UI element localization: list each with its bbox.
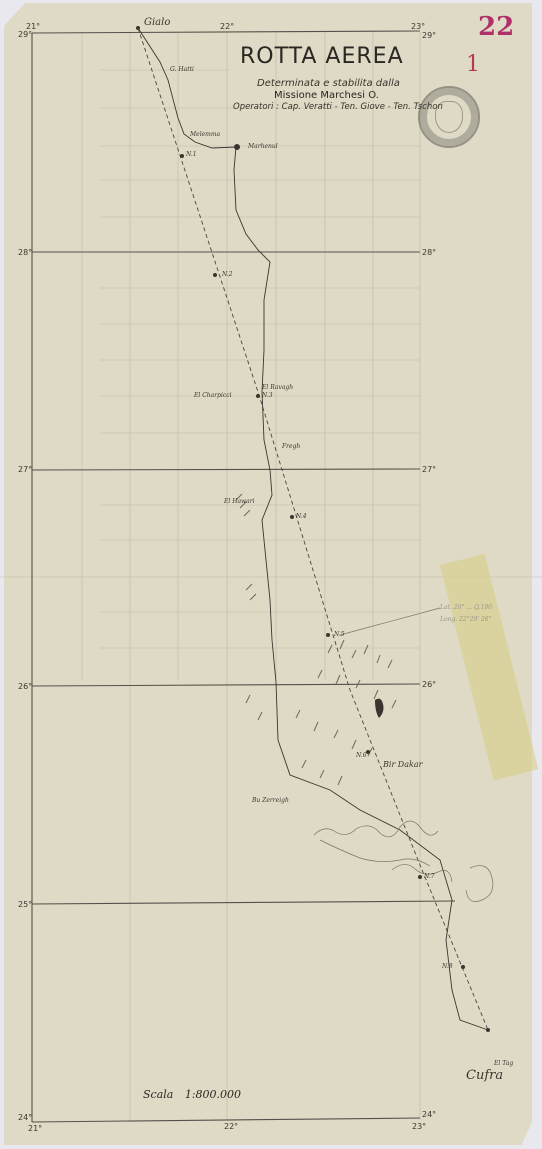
lat-right-28: 28° <box>422 248 436 257</box>
map-title: ROTTA AEREA <box>240 44 404 69</box>
subtitle-line-2: Missione Marchesi O. <box>274 90 379 101</box>
waypoint-n1: N.1 <box>186 151 197 158</box>
graticule-major <box>32 31 455 1122</box>
lon-bottom-22: 22° <box>224 1122 238 1131</box>
lat-left-28: 28° <box>18 248 32 257</box>
scale-label: Scala <box>143 1088 173 1101</box>
lat-left-29: 29° <box>18 30 32 39</box>
waypoint-markers <box>136 26 490 1032</box>
place-hawari: El Hawari <box>224 498 255 505</box>
scale-value: 1:800.000 <box>185 1088 241 1101</box>
official-seal-stamp <box>418 86 480 148</box>
waypoint-n4: N.4 <box>296 513 307 520</box>
ground-track <box>138 28 488 1030</box>
place-bir-dakar: Bir Dakar <box>383 760 422 769</box>
waypoint-n8: N.8 <box>442 963 453 970</box>
lat-right-24: 24° <box>422 1110 436 1119</box>
waypoint-n2: N.2 <box>222 271 233 278</box>
flight-route-dashed <box>138 28 488 1030</box>
lat-right-26: 26° <box>422 680 436 689</box>
place-bu-zerreigh: Bu Zerreigh <box>252 797 289 804</box>
lat-right-27: 27° <box>422 465 436 474</box>
lat-left-24: 24° <box>18 1113 32 1122</box>
place-cufra: Cufra <box>466 1068 503 1083</box>
pencil-note-long: Long. 22°29' 26" <box>440 616 491 623</box>
sheet-number: 22 <box>478 12 514 42</box>
lat-right-29: 29° <box>422 31 436 40</box>
lat-left-26: 26° <box>18 682 32 691</box>
lon-top-22: 22° <box>220 22 234 31</box>
lon-bottom-23: 23° <box>412 1122 426 1131</box>
place-el-charpicci: El Charpicci <box>194 392 232 399</box>
waypoint-n3: N.3 <box>262 392 273 399</box>
place-melemma: Melemma <box>190 131 220 138</box>
waypoint-n6: N.6 <box>356 752 367 759</box>
place-gialo: Gialo <box>144 17 170 28</box>
lat-left-25: 25° <box>18 900 32 909</box>
place-marhenul: Marhenul <box>248 143 278 150</box>
lon-top-23: 23° <box>411 22 425 31</box>
map-scale: Scala 1:800.000 <box>143 1088 241 1101</box>
subtitle-line-1: Determinata e stabilita dalla <box>257 78 400 89</box>
waypoint-n5: N.5 <box>334 631 345 638</box>
operators-line: Operatori : Cap. Veratti - Ten. Giove - … <box>233 102 443 112</box>
place-g-hatti: G. Hatti <box>170 66 194 73</box>
waypoint-n7: N.7 <box>424 873 435 880</box>
place-el-ravagh: El Ravagh <box>262 384 293 391</box>
place-el-tag: El Tag <box>494 1060 513 1067</box>
lat-left-27: 27° <box>18 465 32 474</box>
dunes <box>236 494 396 785</box>
lon-bottom-21: 21° <box>28 1124 42 1133</box>
place-fregh: Fregh <box>282 443 300 450</box>
pencil-note-lat: Lat. 26° ... Q.190 <box>440 604 492 611</box>
red-number: 1 <box>466 52 480 77</box>
